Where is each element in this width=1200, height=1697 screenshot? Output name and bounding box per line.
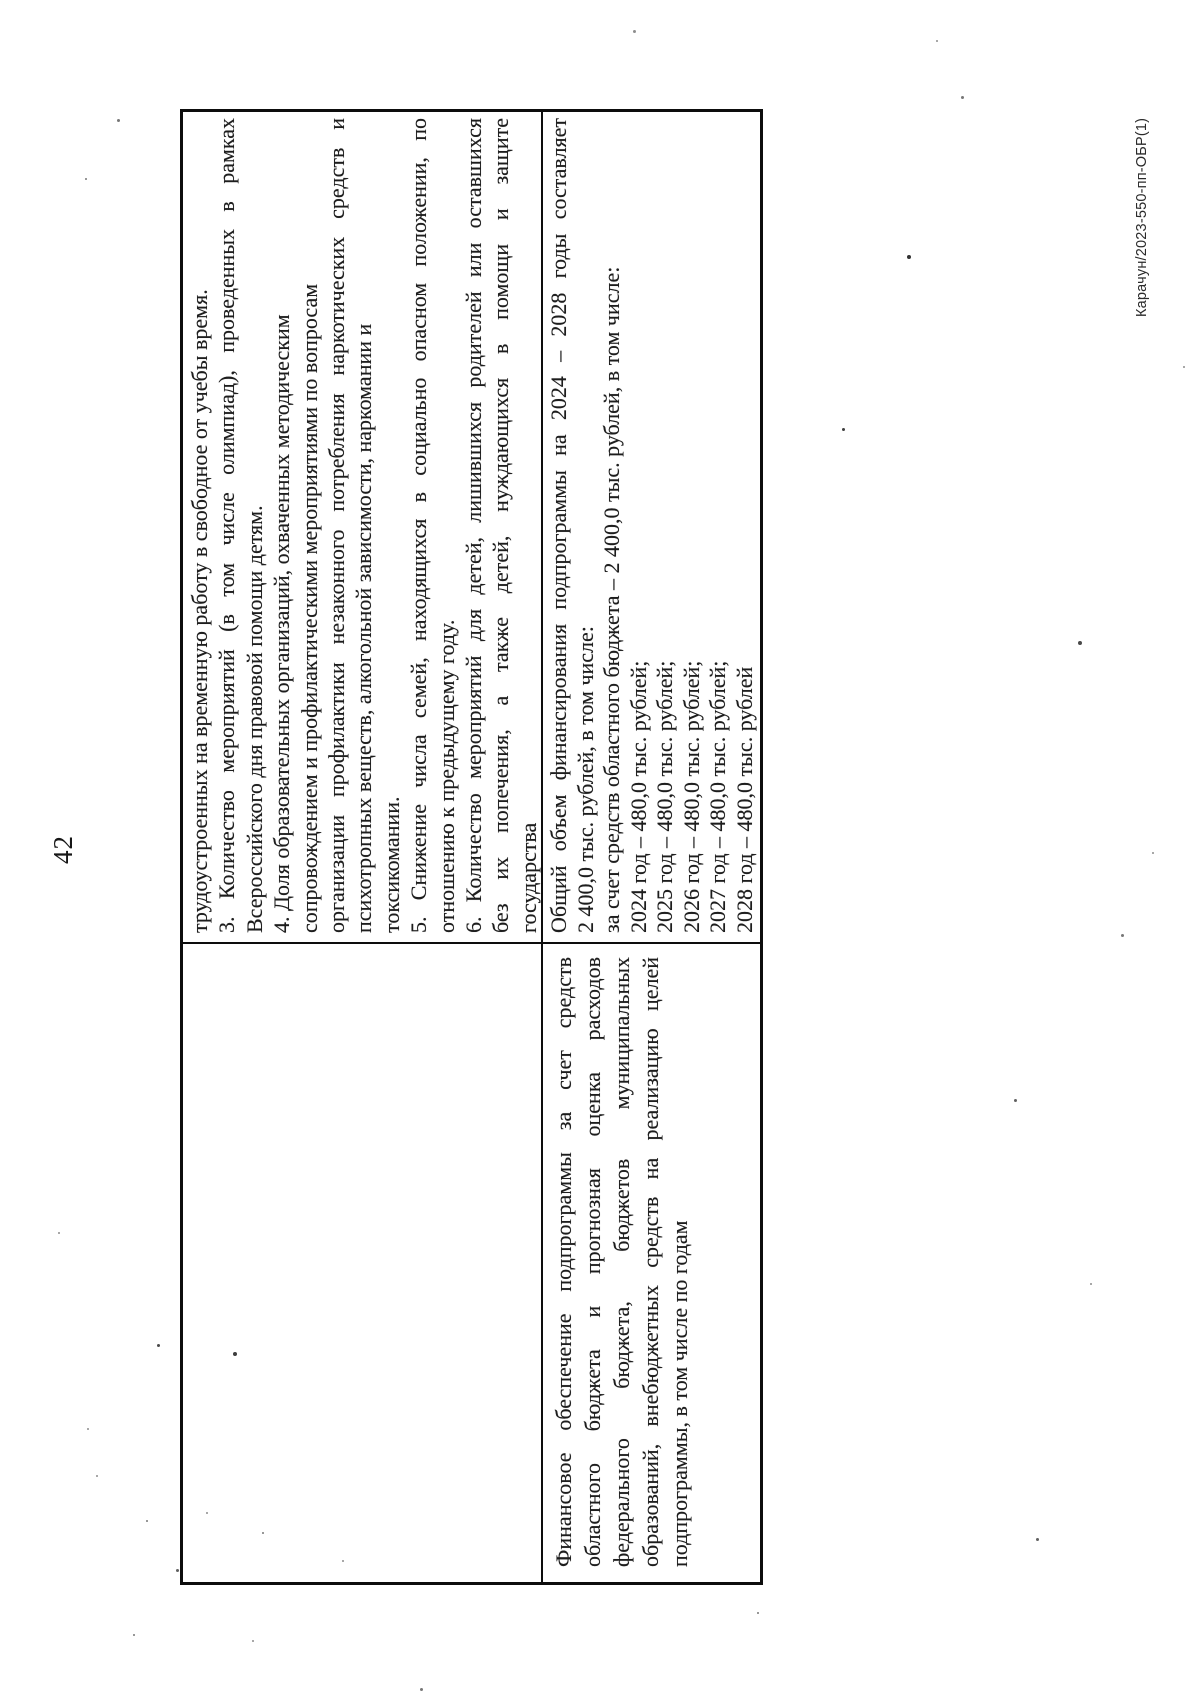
- scan-speck: [757, 1612, 759, 1614]
- scan-speck: [206, 1512, 208, 1514]
- indicators-content-cell: трудоустроенных на временную работу в св…: [183, 112, 541, 942]
- scan-speck: [87, 1428, 89, 1430]
- table-row-financing: Финансовое обеспечение подпрограммы за с…: [543, 112, 760, 1582]
- scan-speck: [1152, 852, 1154, 854]
- text-line: федерального бюджета, бюджетов муниципал…: [607, 957, 636, 1567]
- scan-speck: [1036, 1538, 1039, 1541]
- scan-speck: [420, 1688, 423, 1691]
- scan-speck: [1014, 1099, 1017, 1102]
- page-number: 42: [48, 835, 79, 864]
- financing-label-cell: Финансовое обеспечение подпрограммы за с…: [543, 942, 760, 1582]
- document-id-caption: Карачун/2023-550-пп-ОБР(1): [1134, 118, 1150, 317]
- scan-speck: [961, 96, 964, 99]
- text-line: 6. Количество мероприятий для детей, лиш…: [460, 118, 487, 933]
- text-line: 2025 год – 480,0 тыс. рублей;: [652, 118, 679, 933]
- scan-speck: [96, 1475, 98, 1477]
- text-line: трудоустроенных на временную работу в св…: [186, 118, 213, 933]
- text-line: Всероссийского дня правовой помощи детям…: [241, 118, 268, 933]
- text-line: 3. Количество мероприятий (в том числе о…: [213, 118, 240, 933]
- scan-speck: [85, 178, 87, 180]
- indicators-label-cell-empty: [183, 942, 541, 1582]
- text-line: организации профилактики незаконного пот…: [323, 118, 350, 933]
- scanned-document-page: 42 трудоустроенных на временную работу в…: [0, 0, 1200, 1697]
- text-line: 5. Снижение числа семей, находящихся в с…: [405, 118, 432, 933]
- scan-speck: [262, 1532, 264, 1534]
- text-line: образований, внебюджетных средств на реа…: [636, 957, 665, 1567]
- text-line: 2026 год – 480,0 тыс. рублей;: [679, 118, 706, 933]
- text-line: областного бюджета и прогнозная оценка р…: [578, 957, 607, 1567]
- scan-speck: [58, 1232, 60, 1234]
- text-line: психотропных веществ, алкогольной зависи…: [350, 118, 377, 933]
- table-row-indicators: трудоустроенных на временную работу в св…: [183, 112, 543, 1582]
- scan-speck: [842, 428, 845, 431]
- text-line: 2028 год – 480,0 тыс. рублей: [732, 118, 759, 933]
- rotated-sheet: 42 трудоустроенных на временную работу в…: [0, 0, 1200, 1697]
- scan-speck: [1183, 366, 1185, 368]
- scan-speck: [936, 40, 938, 42]
- scan-speck: [1121, 934, 1124, 937]
- scan-speck: [146, 1520, 148, 1522]
- scan-speck: [342, 1560, 344, 1562]
- text-line: за счет средств областного бюджета – 2 4…: [599, 118, 626, 933]
- scan-speck: [1090, 1283, 1092, 1285]
- text-line: Финансовое обеспечение подпрограммы за с…: [549, 957, 578, 1567]
- text-line: 2027 год – 480,0 тыс. рублей;: [705, 118, 732, 933]
- text-line: токсикомании.: [378, 118, 405, 933]
- scan-speck: [157, 1344, 160, 1347]
- scan-speck: [133, 1634, 135, 1636]
- text-line: без их попечения, а также детей, нуждающ…: [487, 118, 514, 933]
- scan-speck: [907, 255, 911, 259]
- text-line: 2024 год – 480,0 тыс. рублей;: [626, 118, 653, 933]
- text-line: подпрограммы, в том числе по годам: [665, 957, 694, 1567]
- financing-content-cell: Общий объем финансирования подпрограммы …: [543, 112, 760, 942]
- text-line: государства: [515, 118, 541, 933]
- text-line: Общий объем финансирования подпрограммы …: [546, 118, 573, 933]
- text-line: 2 400,0 тыс. рублей, в том числе:: [573, 118, 600, 933]
- scan-speck: [252, 1640, 254, 1642]
- scan-speck: [117, 119, 120, 122]
- scan-speck: [633, 30, 636, 33]
- subprogram-passport-table: трудоустроенных на временную работу в св…: [180, 109, 763, 1585]
- text-line: сопровождением и профилактическими мероп…: [296, 118, 323, 933]
- text-line: отношению к предыдущему году.: [433, 118, 460, 933]
- scan-speck: [233, 1352, 237, 1356]
- scan-speck: [176, 1569, 179, 1572]
- text-line: 4. Доля образовательных организаций, охв…: [268, 118, 295, 933]
- scan-speck: [1078, 641, 1082, 645]
